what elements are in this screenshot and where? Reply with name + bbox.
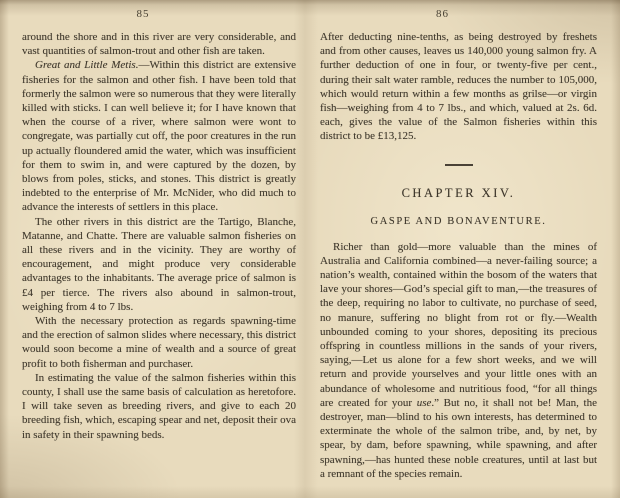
text-run: After deducting nine-tenths, as being de…	[320, 31, 597, 142]
chapter-subheading: GASPE AND BONAVENTURE.	[320, 216, 597, 227]
page-number-left: 85	[6, 8, 280, 20]
paragraph: The other rivers in this district are th…	[22, 215, 296, 314]
paragraph: around the shore and in this river are v…	[22, 30, 296, 58]
page-86: 86 After deducting nine-tenths, as being…	[320, 6, 597, 481]
paragraph: Great and Little Metis.—Within this dist…	[22, 58, 296, 214]
text-run: .” But no, it shall not be! Man, the des…	[320, 397, 597, 480]
text-run: The other rivers in this district are th…	[22, 216, 296, 313]
paragraph: With the necessary protection as regards…	[22, 314, 296, 371]
book-spread: 85 around the shore and in this river ar…	[0, 0, 620, 498]
page-85: 85 around the shore and in this river ar…	[22, 6, 296, 442]
italic-text: use	[417, 397, 432, 409]
italic-text: Great and Little Metis.	[35, 59, 138, 71]
section-divider-rule	[445, 164, 473, 166]
page-86-text-bottom: Richer than gold—more valuable than the …	[320, 240, 597, 481]
text-run: around the shore and in this river are v…	[22, 31, 296, 57]
paragraph: In estimating the value of the salmon fi…	[22, 371, 296, 442]
text-run: With the necessary protection as regards…	[22, 315, 296, 370]
page-86-text-top: After deducting nine-tenths, as being de…	[320, 30, 597, 144]
paragraph: After deducting nine-tenths, as being de…	[320, 30, 597, 144]
text-run: In estimating the value of the salmon fi…	[22, 372, 296, 441]
page-number-right: 86	[304, 8, 581, 20]
text-run: —Within this district are extensive fish…	[22, 59, 296, 213]
text-run: Richer than gold—more valuable than the …	[320, 241, 597, 409]
page-85-text: around the shore and in this river are v…	[22, 30, 296, 442]
paragraph: Richer than gold—more valuable than the …	[320, 240, 597, 481]
chapter-heading: CHAPTER XIV.	[320, 186, 597, 201]
